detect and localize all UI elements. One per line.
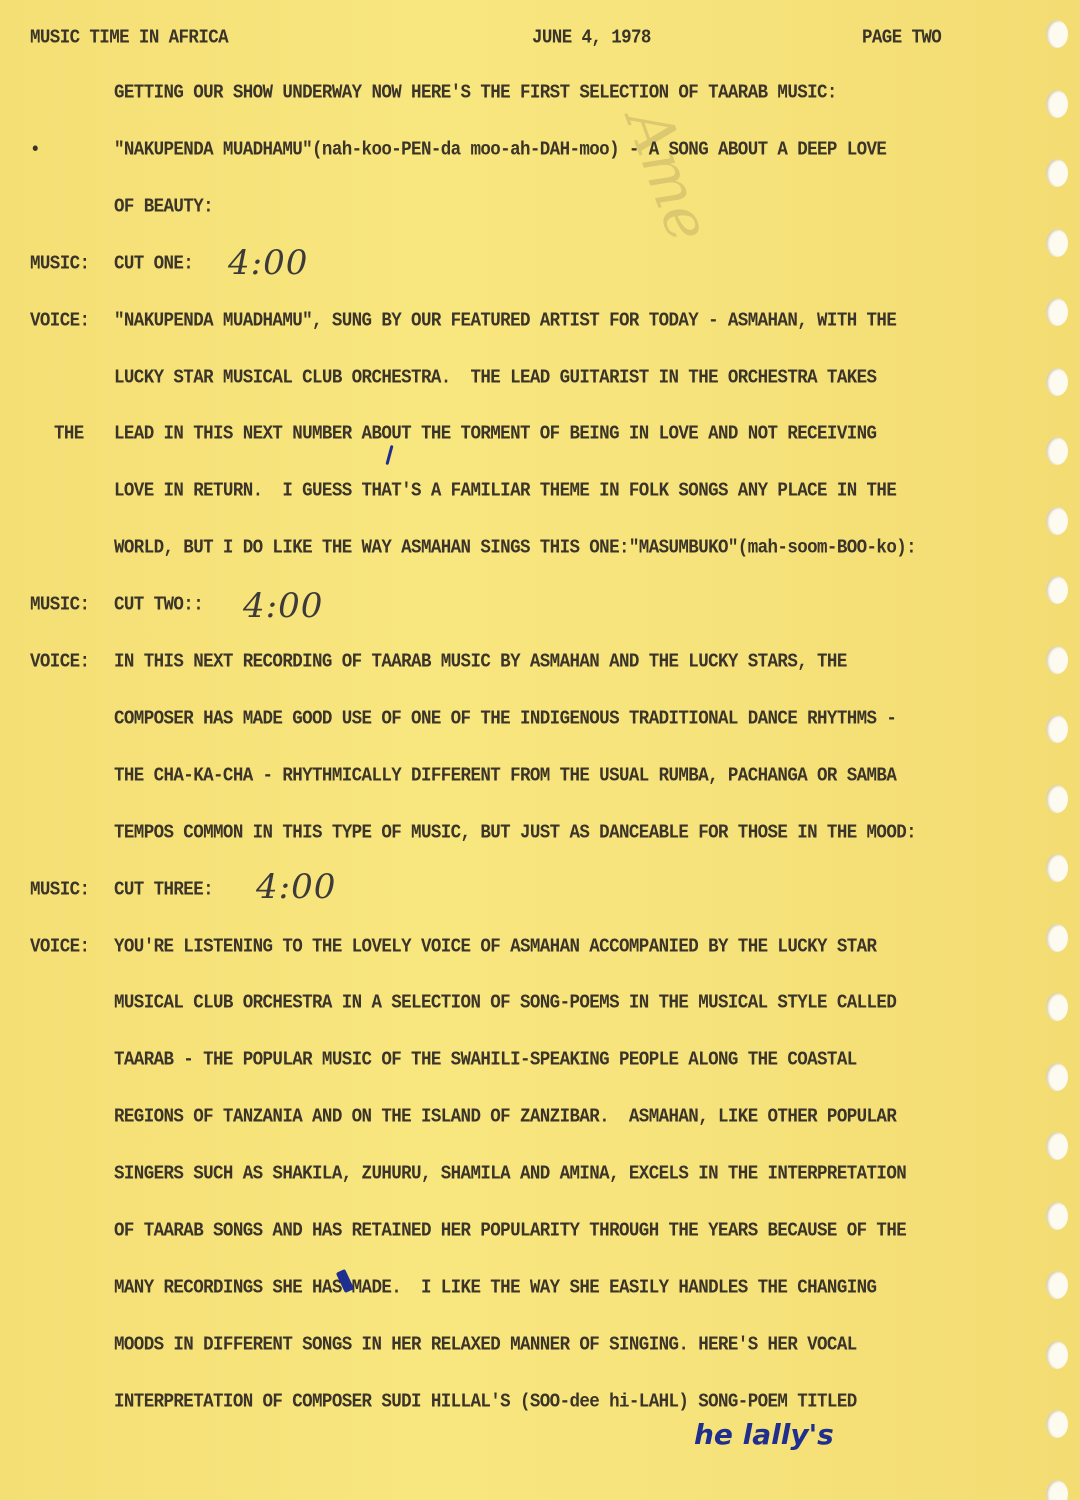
script-line-text: TEMPOS COMMON IN THIS TYPE OF MUSIC, BUT… bbox=[114, 822, 916, 844]
script-line-text: INTERPRETATION OF COMPOSER SUDI HILLAL'S… bbox=[114, 1391, 857, 1413]
punch-hole bbox=[1046, 1410, 1068, 1438]
script-line-label: VOICE: bbox=[30, 310, 89, 332]
punch-hole bbox=[1046, 90, 1068, 118]
document-page: Ame MUSIC TIME IN AFRICA JUNE 4, 1978 PA… bbox=[0, 0, 1080, 1500]
punch-hole bbox=[1046, 229, 1068, 257]
punch-hole bbox=[1046, 507, 1068, 535]
script-line-label: MUSIC: bbox=[30, 879, 89, 901]
script-line-label: VOICE: bbox=[30, 936, 89, 958]
bleed-through-writing: Ame bbox=[612, 99, 724, 250]
script-line-text: OF BEAUTY: bbox=[114, 196, 213, 218]
script-line-text: YOU'RE LISTENING TO THE LOVELY VOICE OF … bbox=[114, 936, 876, 958]
punch-hole bbox=[1046, 1271, 1068, 1299]
punch-hole bbox=[1046, 1132, 1068, 1160]
page-number: PAGE TWO bbox=[862, 27, 941, 49]
punch-hole bbox=[1046, 854, 1068, 882]
insertion-mark bbox=[385, 445, 393, 465]
cut-two-duration: 4:00 bbox=[243, 586, 323, 626]
punch-hole bbox=[1046, 646, 1068, 674]
script-line-text: "NAKUPENDA MUADHAMU"(nah-koo-PEN-da moo-… bbox=[114, 139, 886, 161]
punch-hole bbox=[1046, 159, 1068, 187]
script-line-text: LOVE IN RETURN. I GUESS THAT'S A FAMILIA… bbox=[114, 480, 896, 502]
broadcast-date: JUNE 4, 1978 bbox=[532, 27, 651, 49]
punch-hole bbox=[1046, 298, 1068, 326]
punch-hole bbox=[1046, 576, 1068, 604]
script-line-label: THE bbox=[54, 423, 84, 445]
script-line-text: COMPOSER HAS MADE GOOD USE OF ONE OF THE… bbox=[114, 708, 896, 730]
script-line-label: MUSIC: bbox=[30, 594, 89, 616]
script-line-label: • bbox=[30, 139, 40, 161]
punch-hole bbox=[1046, 1480, 1068, 1500]
cut-three-duration: 4:00 bbox=[256, 867, 336, 907]
script-line-text: LEAD IN THIS NEXT NUMBER ABOUT THE TORME… bbox=[114, 423, 876, 445]
punch-hole bbox=[1046, 785, 1068, 813]
punch-hole bbox=[1046, 1202, 1068, 1230]
punch-hole bbox=[1046, 715, 1068, 743]
punch-hole bbox=[1046, 368, 1068, 396]
script-line-text: CUT THREE: bbox=[114, 879, 213, 901]
script-line-text: CUT TWO:: bbox=[114, 594, 203, 616]
punch-hole bbox=[1046, 437, 1068, 465]
program-title: MUSIC TIME IN AFRICA bbox=[30, 27, 228, 49]
script-line-text: WORLD, BUT I DO LIKE THE WAY ASMAHAN SIN… bbox=[114, 537, 916, 559]
script-line-text: LUCKY STAR MUSICAL CLUB ORCHESTRA. THE L… bbox=[114, 367, 876, 389]
script-line-text: TAARAB - THE POPULAR MUSIC OF THE SWAHIL… bbox=[114, 1049, 857, 1071]
script-line-text: SINGERS SUCH AS SHAKILA, ZUHURU, SHAMILA… bbox=[114, 1163, 906, 1185]
handwritten-annotation: he lally's bbox=[694, 1418, 834, 1451]
script-line-text: MANY RECORDINGS SHE HAS MADE. I LIKE THE… bbox=[114, 1277, 876, 1299]
punch-hole bbox=[1046, 1063, 1068, 1091]
script-line-text: MOODS IN DIFFERENT SONGS IN HER RELAXED … bbox=[114, 1334, 857, 1356]
script-line-text: OF TAARAB SONGS AND HAS RETAINED HER POP… bbox=[114, 1220, 906, 1242]
script-line-label: VOICE: bbox=[30, 651, 89, 673]
script-line-text: "NAKUPENDA MUADHAMU", SUNG BY OUR FEATUR… bbox=[114, 310, 896, 332]
script-line-text: GETTING OUR SHOW UNDERWAY NOW HERE'S THE… bbox=[114, 82, 837, 104]
script-line-text: CUT ONE: bbox=[114, 253, 193, 275]
punch-hole bbox=[1046, 20, 1068, 48]
punch-hole bbox=[1046, 924, 1068, 952]
punch-hole bbox=[1046, 993, 1068, 1021]
script-line-label: MUSIC: bbox=[30, 253, 89, 275]
script-line-text: THE CHA-KA-CHA - RHYTHMICALLY DIFFERENT … bbox=[114, 765, 896, 787]
cut-one-duration: 4:00 bbox=[228, 243, 308, 283]
script-line-text: REGIONS OF TANZANIA AND ON THE ISLAND OF… bbox=[114, 1106, 896, 1128]
punch-hole bbox=[1046, 1341, 1068, 1369]
script-line-text: IN THIS NEXT RECORDING OF TAARAB MUSIC B… bbox=[114, 651, 847, 673]
script-line-text: MUSICAL CLUB ORCHESTRA IN A SELECTION OF… bbox=[114, 992, 896, 1014]
